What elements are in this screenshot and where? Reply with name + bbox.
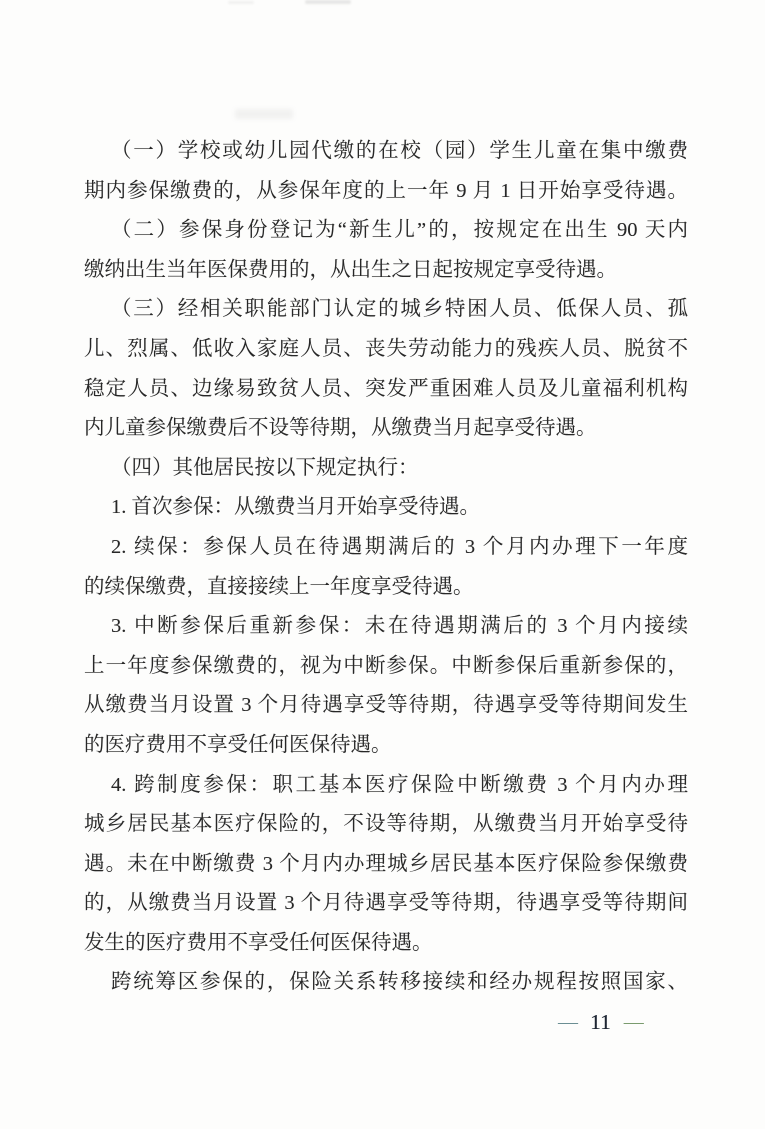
text-line: （三）经相关职能部门认定的城乡特困人员、低保人员、孤 bbox=[84, 290, 688, 330]
text-line: （二）参保身份登记为“新生儿”的，按规定在出生 90 天内 bbox=[84, 211, 688, 251]
text-line: 发生的医疗费用不享受任何医保待遇。 bbox=[84, 924, 688, 964]
text-line: 稳定人员、边缘易致贫人员、突发严重困难人员及儿童福利机构 bbox=[84, 370, 688, 410]
scan-artifact bbox=[305, 0, 351, 4]
text-line: 从缴费当月设置 3 个月待遇享受等待期，待遇享受等待期间发生 bbox=[84, 686, 688, 726]
scanned-page: （一）学校或幼儿园代缴的在校（园）学生儿童在集中缴费期内参保缴费的，从参保年度的… bbox=[0, 0, 765, 1129]
text-line: 遇。未在中断缴费 3 个月内办理城乡居民基本医疗保险参保缴费 bbox=[84, 845, 688, 885]
text-line: 的，从缴费当月设置 3 个月待遇享受等待期，待遇享受等待期间 bbox=[84, 884, 688, 924]
page-number: 11 bbox=[590, 1005, 611, 1039]
scan-artifact bbox=[228, 1, 254, 4]
footer-dash-left: — bbox=[558, 1005, 577, 1039]
text-line: 缴纳出生当年医保费用的，从出生之日起按规定享受待遇。 bbox=[84, 251, 688, 291]
text-line: （一）学校或幼儿园代缴的在校（园）学生儿童在集中缴费 bbox=[84, 132, 688, 172]
text-line: 儿、烈属、低收入家庭人员、丧失劳动能力的残疾人员、脱贫不 bbox=[84, 330, 688, 370]
text-line: 上一年度参保缴费的，视为中断参保。中断参保后重新参保的， bbox=[84, 647, 688, 687]
document-body: （一）学校或幼儿园代缴的在校（园）学生儿童在集中缴费期内参保缴费的，从参保年度的… bbox=[84, 132, 688, 1003]
scan-artifact bbox=[235, 109, 293, 119]
text-line: 的续保缴费，直接接续上一年度享受待遇。 bbox=[84, 568, 688, 608]
text-line: 内儿童参保缴费后不设等待期，从缴费当月起享受待遇。 bbox=[84, 409, 688, 449]
text-line: 3. 中断参保后重新参保：未在待遇期满后的 3 个月内接续 bbox=[84, 607, 688, 647]
text-line: 城乡居民基本医疗保险的，不设等待期，从缴费当月开始享受待 bbox=[84, 805, 688, 845]
footer-dash-right: — bbox=[624, 1005, 643, 1039]
page-footer: — 11 — bbox=[558, 1005, 643, 1039]
text-line: 的医疗费用不享受任何医保待遇。 bbox=[84, 726, 688, 766]
text-line: 跨统筹区参保的，保险关系转移接续和经办规程按照国家、 bbox=[84, 963, 688, 1003]
text-line: 4. 跨制度参保：职工基本医疗保险中断缴费 3 个月内办理 bbox=[84, 766, 688, 806]
text-line: （四）其他居民按以下规定执行： bbox=[84, 449, 688, 489]
text-line: 2. 续保：参保人员在待遇期满后的 3 个月内办理下一年度 bbox=[84, 528, 688, 568]
text-line: 期内参保缴费的，从参保年度的上一年 9 月 1 日开始享受待遇。 bbox=[84, 172, 688, 212]
text-line: 1. 首次参保：从缴费当月开始享受待遇。 bbox=[84, 488, 688, 528]
